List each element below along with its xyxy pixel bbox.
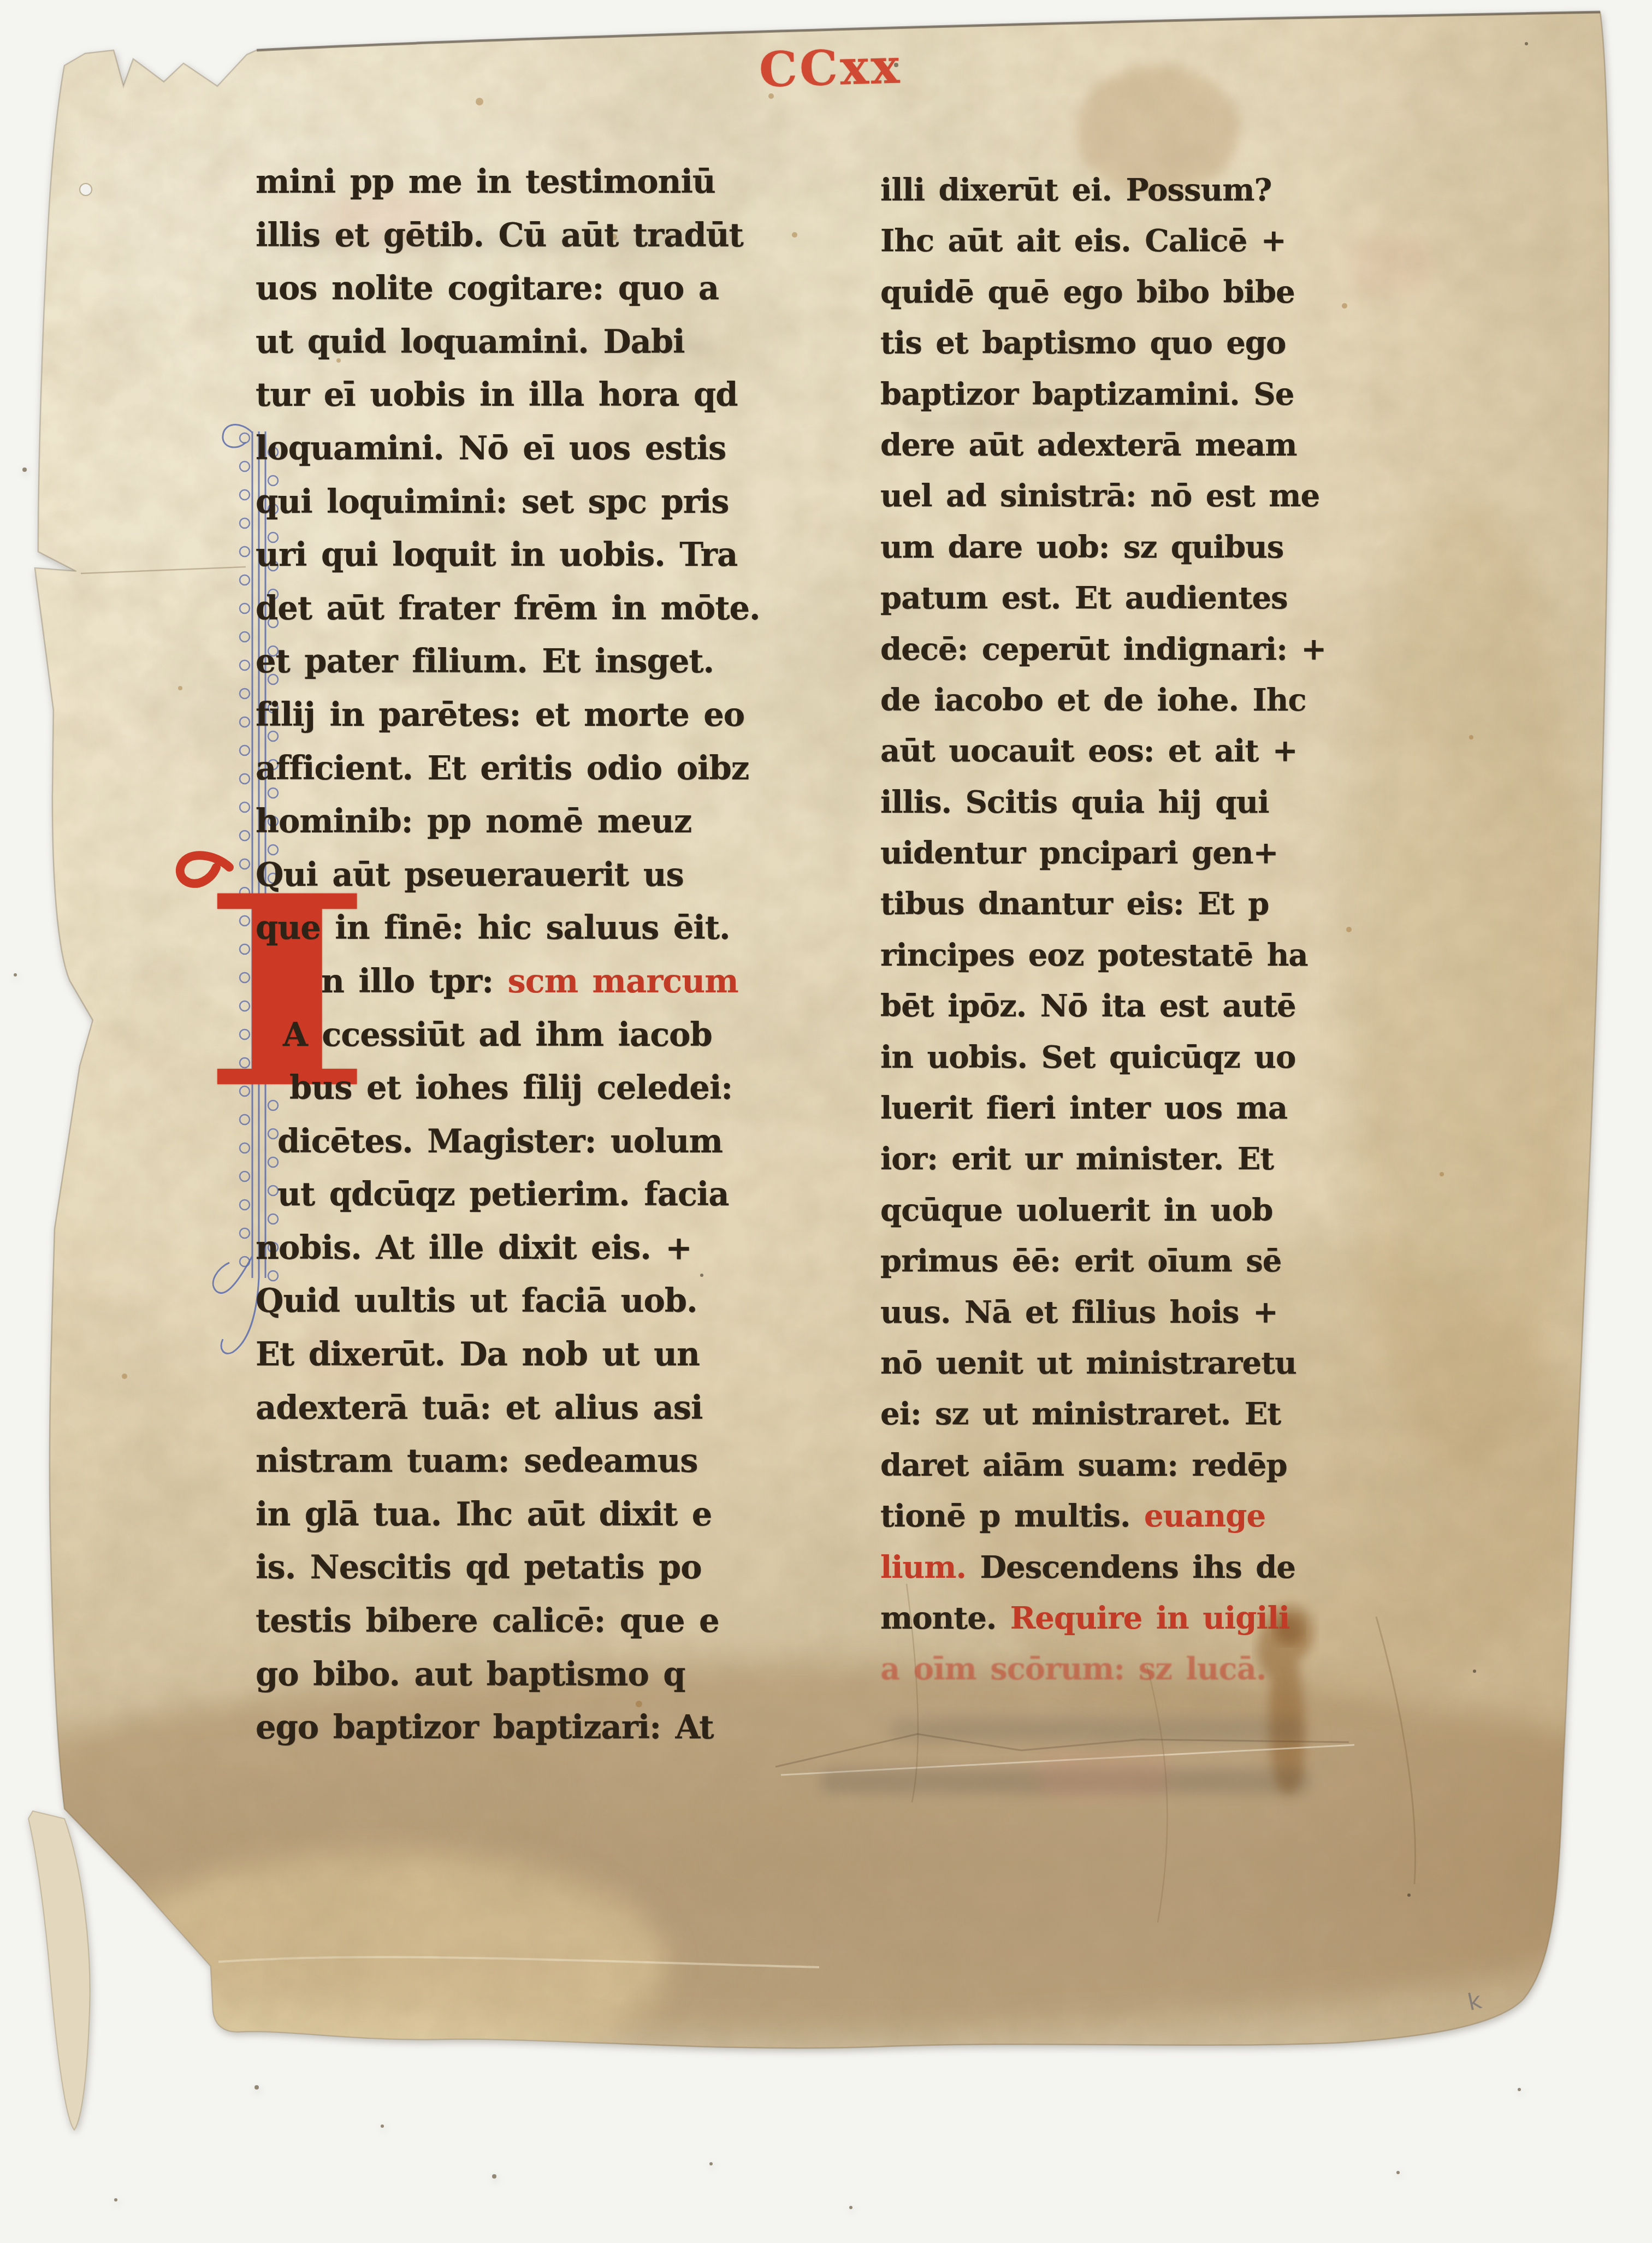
- text-line: loquamini. Nō eī uos estis: [256, 422, 760, 475]
- text-line: ei: sz ut ministraret. Et: [880, 1389, 1326, 1440]
- text-line: nistram tuam: sedeamus: [256, 1434, 760, 1488]
- text-segment: Descendens ihs de: [980, 1549, 1295, 1585]
- text-line: tionē p multis. euange: [880, 1491, 1326, 1542]
- text-segment: ei: sz ut ministraret. Et: [880, 1396, 1281, 1432]
- text-line: uus. Nā et filius hois +: [880, 1287, 1326, 1338]
- text-segment: afficient. Et eritis odio oibz: [256, 749, 749, 787]
- text-segment: testis bibere calicē: que e: [256, 1602, 719, 1640]
- text-segment: que in finē: hic saluus ēit.: [256, 909, 730, 946]
- text-line: baptizor baptizamini. Se: [880, 369, 1326, 420]
- text-line: testis bibere calicē: que e: [256, 1594, 760, 1648]
- text-line: que in finē: hic saluus ēit.: [256, 901, 760, 955]
- text-line: filij in parētes: et morte eo: [256, 688, 760, 742]
- text-segment: aūt uocauit eos: et ait +: [880, 733, 1298, 769]
- text-line: uel ad sinistrā: nō est me: [880, 471, 1326, 522]
- text-segment: uos nolite cogitare: quo a: [256, 269, 719, 307]
- text-column-left: mini pp me in testimoniūillis et gētib. …: [256, 155, 760, 1754]
- text-segment: Quid uultis ut faciā uob.: [256, 1282, 697, 1319]
- text-segment: luerit fieri inter uos ma: [880, 1090, 1287, 1126]
- text-line: mini pp me in testimoniū: [256, 155, 760, 209]
- text-line: n illo tpr: scm marcum: [256, 955, 760, 1008]
- text-segment: quidē quē ego bibo bibe: [880, 274, 1295, 310]
- text-line: afficient. Et eritis odio oibz: [256, 742, 760, 795]
- text-line: ut qdcūqz petierim. facia: [256, 1168, 760, 1221]
- text-segment: de iacobo et de iohe. Ihc: [880, 682, 1306, 718]
- text-segment: patum est. Et audientes: [880, 580, 1288, 616]
- text-segment: tur eī uobis in illa hora qd: [256, 376, 737, 413]
- text-segment: Et dixerūt. Da nob ut un: [256, 1335, 700, 1373]
- text-segment: hominib: pp nomē meuz: [256, 802, 691, 840]
- text-line: bus et iohes filij celedei:: [256, 1061, 760, 1115]
- text-line: uos nolite cogitare: quo a: [256, 262, 760, 315]
- text-line: illi dixerūt ei. Possum?: [880, 165, 1326, 216]
- text-segment: uri qui loquit in uobis. Tra: [256, 536, 737, 573]
- text-line: aūt uocauit eos: et ait +: [880, 726, 1326, 777]
- text-segment: primus ēē: erit oīum sē: [880, 1243, 1281, 1279]
- text-line: in glā tua. Ihc aūt dixit e: [256, 1488, 760, 1541]
- text-line: is. Nescitis qd petatis po: [256, 1541, 760, 1594]
- folio-number: CCxx: [759, 38, 903, 98]
- text-line: et pater filium. Et insget.: [256, 635, 760, 688]
- torn-strip: [28, 1811, 90, 2130]
- text-segment: lium.: [880, 1549, 980, 1585]
- text-line: qui loquimini: set spc pris: [256, 475, 760, 529]
- text-line: adexterā tuā: et alius asi: [256, 1381, 760, 1435]
- red-offset-stain: [1349, 235, 1431, 295]
- text-segment: Qui aūt pseuerauerit us: [256, 856, 684, 893]
- text-line: de iacobo et de iohe. Ihc: [880, 675, 1326, 726]
- text-line: ut quid loquamini. Dabi: [256, 315, 760, 369]
- text-line: patum est. Et audientes: [880, 573, 1326, 624]
- text-segment: Ihc aūt ait eis. Calicē +: [880, 223, 1286, 259]
- text-segment: in glā tua. Ihc aūt dixit e: [256, 1495, 712, 1533]
- text-segment: illis et gētib. Cū aūt tradūt: [256, 216, 743, 254]
- text-line: decē: ceperūt indignari: +: [880, 624, 1326, 675]
- text-segment: Require in uigili: [1010, 1600, 1289, 1636]
- text-line: Quid uultis ut faciā uob.: [256, 1274, 760, 1328]
- text-segment: tis et baptismo quo ego: [880, 325, 1286, 361]
- text-line: ior: erit ur minister. Et: [880, 1134, 1326, 1185]
- text-segment: mini pp me in testimoniū: [256, 163, 715, 200]
- text-segment: daret aiām suam: redēp: [880, 1447, 1287, 1483]
- text-line: rincipes eoz potestatē ha: [880, 930, 1326, 981]
- text-segment: uel ad sinistrā: nō est me: [880, 478, 1319, 514]
- text-segment: in uobis. Set quicūqz uo: [880, 1039, 1295, 1075]
- text-line: in uobis. Set quicūqz uo: [880, 1032, 1326, 1083]
- text-line: monte. Require in uigili: [880, 1593, 1326, 1644]
- text-line: nobis. At ille dixit eis. +: [256, 1221, 760, 1275]
- text-segment: uidentur pncipari gen+: [880, 835, 1278, 871]
- text-segment: baptizor baptizamini. Se: [880, 376, 1294, 412]
- text-segment: tionē p multis.: [880, 1498, 1144, 1534]
- text-line: illis. Scitis quia hij qui: [880, 777, 1326, 828]
- text-line: nō uenit ut ministraretu: [880, 1338, 1326, 1389]
- text-segment: illi dixerūt ei. Possum?: [880, 172, 1271, 208]
- text-segment: is. Nescitis qd petatis po: [256, 1548, 702, 1586]
- text-line: dere aūt adexterā meam: [880, 420, 1326, 471]
- text-segment: monte.: [880, 1600, 1010, 1636]
- text-line: luerit fieri inter uos ma: [880, 1083, 1326, 1134]
- text-line: uri qui loquit in uobis. Tra: [256, 528, 760, 582]
- text-line: lium. Descendens ihs de: [880, 1542, 1326, 1593]
- text-segment: a oīm scōrum: sz lucā.: [880, 1651, 1266, 1687]
- initial-curl-icon: [164, 841, 240, 907]
- text-line: ego baptizor baptizari: At: [256, 1701, 760, 1754]
- text-segment: scm marcum: [507, 962, 738, 1000]
- text-segment: nobis. At ille dixit eis. +: [256, 1229, 692, 1267]
- text-segment: go bibo. aut baptismo q: [256, 1655, 685, 1693]
- text-line: tur eī uobis in illa hora qd: [256, 368, 760, 422]
- text-line: a oīm scōrum: sz lucā.: [880, 1644, 1326, 1695]
- text-line: bēt ipōz. Nō ita est autē: [880, 981, 1326, 1032]
- text-segment: ut quid loquamini. Dabi: [256, 323, 684, 360]
- text-segment: nistram tuam: sedeamus: [256, 1442, 698, 1479]
- text-segment: bus et iohes filij celedei:: [289, 1069, 732, 1106]
- text-segment: et pater filium. Et insget.: [256, 642, 714, 680]
- text-line: det aūt frater frēm in mōte.: [256, 582, 760, 635]
- text-segment: ut qdcūqz petierim. facia: [277, 1175, 729, 1213]
- text-line: illis et gētib. Cū aūt tradūt: [256, 209, 760, 262]
- text-segment: ego baptizor baptizari: At: [256, 1708, 714, 1746]
- text-line: hominib: pp nomē meuz: [256, 795, 760, 848]
- parchment-hole: [80, 184, 92, 196]
- text-line: tis et baptismo quo ego: [880, 318, 1326, 369]
- text-line: um dare uob: sz quibus: [880, 522, 1326, 573]
- text-segment: bēt ipōz. Nō ita est autē: [880, 988, 1296, 1024]
- text-segment: qui loquimini: set spc pris: [256, 483, 729, 520]
- text-segment: uus. Nā et filius hois +: [880, 1294, 1278, 1330]
- text-line: primus ēē: erit oīum sē: [880, 1236, 1326, 1287]
- text-line: dicētes. Magister: uolum: [256, 1115, 760, 1168]
- text-line: go bibo. aut baptismo q: [256, 1648, 760, 1701]
- text-segment: rincipes eoz potestatē ha: [880, 937, 1308, 973]
- text-line: qcūque uoluerit in uob: [880, 1185, 1326, 1236]
- text-segment: nō uenit ut ministraretu: [880, 1345, 1296, 1381]
- text-segment: adexterā tuā: et alius asi: [256, 1389, 702, 1427]
- showthrough-stain: [890, 1718, 1305, 1742]
- text-segment: dicētes. Magister: uolum: [277, 1122, 723, 1160]
- text-segment: ior: erit ur minister. Et: [880, 1141, 1274, 1177]
- text-segment: illis. Scitis quia hij qui: [880, 784, 1269, 820]
- text-segment: dere aūt adexterā meam: [880, 427, 1296, 463]
- text-segment: filij in parētes: et morte eo: [256, 696, 744, 733]
- text-line: Et dixerūt. Da nob ut un: [256, 1328, 760, 1381]
- text-segment: loquamini. Nō eī uos estis: [256, 429, 726, 467]
- text-segment: det aūt frater frēm in mōte.: [256, 589, 760, 627]
- text-segment: qcūque uoluerit in uob: [880, 1192, 1273, 1228]
- text-segment: um dare uob: sz quibus: [880, 529, 1283, 565]
- text-segment: euange: [1144, 1498, 1265, 1534]
- text-column-right: illi dixerūt ei. Possum?Ihc aūt ait eis.…: [880, 165, 1326, 1695]
- text-segment: A ccessiūt ad ihm iacob: [283, 1016, 712, 1054]
- text-segment: decē: ceperūt indignari: +: [880, 631, 1326, 667]
- text-line: Qui aūt pseuerauerit us: [256, 848, 760, 902]
- text-segment: tibus dnantur eis: Et p: [880, 886, 1269, 922]
- text-line: daret aiām suam: redēp: [880, 1440, 1326, 1491]
- text-line: Ihc aūt ait eis. Calicē +: [880, 216, 1326, 267]
- text-line: uidentur pncipari gen+: [880, 828, 1326, 879]
- red-offset-stain: [1038, 1753, 1169, 1797]
- text-line: tibus dnantur eis: Et p: [880, 879, 1326, 930]
- text-line: quidē quē ego bibo bibe: [880, 267, 1326, 318]
- text-segment: n illo tpr:: [321, 962, 507, 1000]
- text-line: A ccessiūt ad ihm iacob: [256, 1008, 760, 1062]
